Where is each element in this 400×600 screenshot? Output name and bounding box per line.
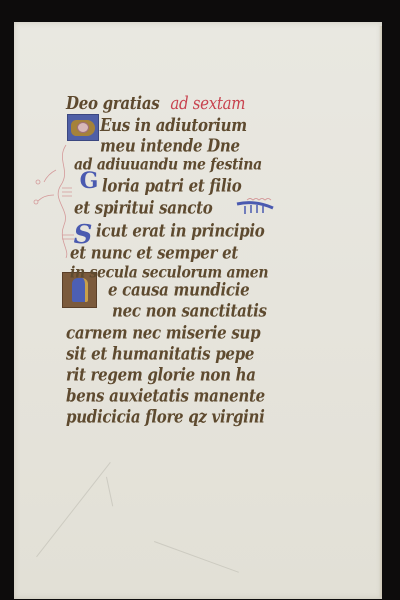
parchment-crease bbox=[106, 477, 113, 507]
illuminated-initial-d bbox=[67, 114, 99, 141]
parchment-crease bbox=[154, 541, 239, 573]
text-line-15: bens auxietatis manente bbox=[66, 386, 265, 407]
text-line-4: ad adiuuandu me festina bbox=[74, 156, 262, 174]
text-line-14: rit regem glorie non ha bbox=[66, 365, 256, 386]
text-line-8: et nunc et semper et bbox=[70, 243, 238, 264]
text-line-6: et spiritui sancto bbox=[74, 198, 212, 219]
text-deo-gratias: Deo gratias bbox=[66, 93, 159, 114]
text-line-11: nec non sanctitatis bbox=[112, 301, 267, 322]
text-line-16: pudicicia flore qz virgini bbox=[66, 407, 265, 428]
rubric-ad-sextam: ad sextam bbox=[170, 93, 245, 114]
parchment-crease bbox=[36, 462, 111, 557]
text-line-12: carnem nec miserie sup bbox=[66, 323, 260, 344]
text-line-7: icut erat in principio bbox=[96, 221, 264, 242]
text-line-1: Deo gratias ad sextam bbox=[66, 93, 245, 114]
line-filler-decoration bbox=[235, 198, 279, 218]
text-line-2: Eus in adiutorium bbox=[100, 115, 247, 136]
text-line-5: loria patri et filio bbox=[102, 176, 241, 197]
text-line-3: meu intende Dne bbox=[100, 136, 240, 157]
text-line-10: e causa mundicie bbox=[108, 280, 249, 301]
text-line-13: sit et humanitatis pepe bbox=[66, 344, 254, 365]
